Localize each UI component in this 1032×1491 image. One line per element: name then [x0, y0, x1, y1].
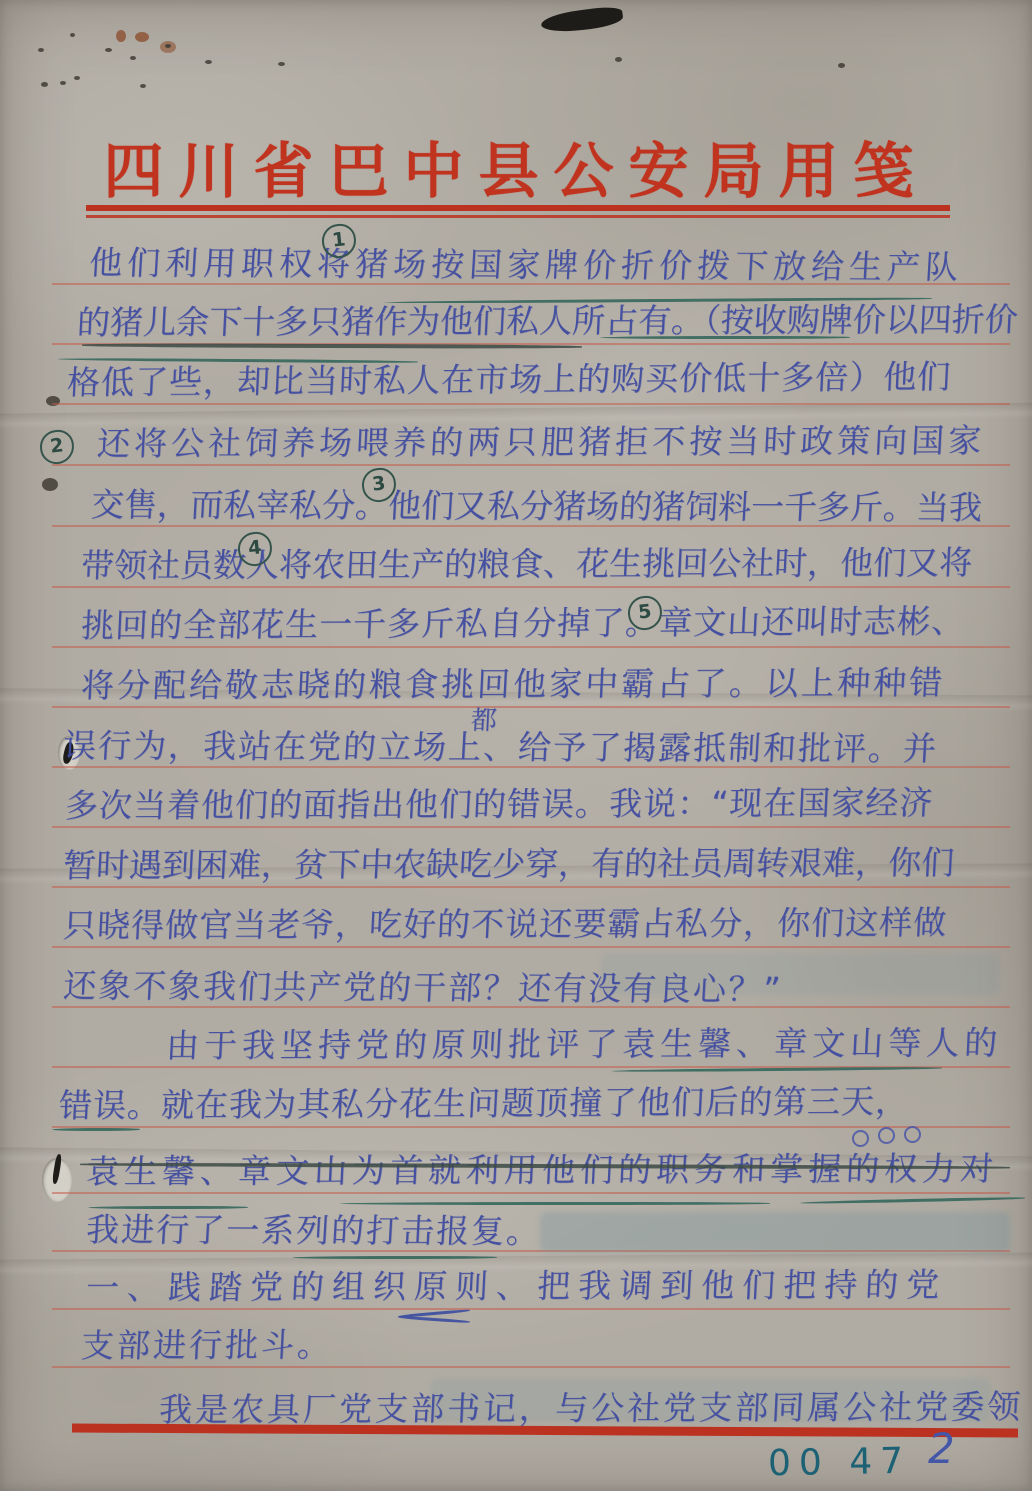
- underline-mark: [340, 1202, 770, 1205]
- underline-mark: [52, 1128, 140, 1131]
- ink-blot: [540, 5, 624, 35]
- staple-hole: [41, 82, 48, 87]
- inserted-character: 都: [470, 700, 498, 737]
- manuscript-line-12: 只晓得做官当老爷，吃好的不说还要霸占私分，你们这样做: [62, 897, 948, 947]
- staple-hole: [140, 84, 146, 88]
- underline-mark: [600, 336, 850, 339]
- manuscript-line-19: 支部进行批斗。: [80, 1319, 334, 1367]
- manuscript-line-10: 多次当着他们的面指出他们的错误。我说：“现在国家经济: [64, 777, 935, 827]
- archive-number: 00 47: [768, 1441, 912, 1484]
- staple-hole: [70, 33, 75, 37]
- manuscript-line-13: 还象不象我们共产党的干部？还有没有良心？”: [62, 960, 784, 1011]
- manuscript-line-18: 一、践踏党的组织原则、把我调到他们把持的党: [85, 1259, 948, 1309]
- ruled-line: [52, 1126, 1010, 1128]
- manuscript-line-8: 将分配给敬志晓的粮食挑回他家中霸占了。以上种种错: [80, 657, 946, 707]
- letterhead-rule-thick: [86, 205, 950, 211]
- manuscript-line-17: 我进行了一系列的打击报复。: [85, 1204, 543, 1253]
- letterhead-rule-thin: [86, 215, 950, 218]
- staple-hole: [278, 62, 285, 66]
- staple-hole: [165, 44, 171, 48]
- staple-hole: [205, 60, 212, 64]
- rust-stain: [116, 30, 126, 42]
- manuscript-line-6: 带领社员数人将农田生产的粮食、花生挑回公社时，他们又将: [80, 537, 973, 587]
- circle-scribble: [852, 1130, 869, 1147]
- underline-mark: [88, 1206, 248, 1209]
- manuscript-line-11: 暂时遇到困难，贫下中农缺吃少穿，有的社员周转艰难，你们: [62, 837, 955, 887]
- staple-hole: [105, 48, 112, 52]
- ink-ghost-smudge: [540, 1212, 1010, 1252]
- staple-hole: [838, 63, 845, 68]
- letterhead-title: 四川省巴中县公安局用笺: [80, 124, 952, 210]
- strikethrough-mark: [398, 1315, 470, 1323]
- manuscript-line-5: 交售，而私宰私分。他们又私分猪场的猪饲料一千多斤。当我: [90, 479, 983, 529]
- circled-number-2: 2: [38, 428, 75, 465]
- staple-hole: [60, 81, 66, 85]
- circle-scribble: [904, 1126, 921, 1143]
- staple-hole: [38, 48, 44, 52]
- page-number: 2: [928, 1424, 955, 1473]
- staple-hole: [74, 76, 80, 80]
- staple-hole: [615, 57, 622, 62]
- staple-hole: [130, 56, 136, 60]
- underline-mark: [292, 1256, 497, 1259]
- rust-stain: [135, 32, 149, 42]
- underline-mark: [800, 1197, 1025, 1205]
- scanned-letter-page: 四川省巴中县公安局用笺 他们利用职权将猪场按国家牌价折价拨下放给生产队 的猪儿余…: [0, 0, 1032, 1491]
- ruled-line: [52, 403, 1010, 405]
- manuscript-line-1: 他们利用职权将猪场按国家牌价折价拨下放给生产队: [88, 237, 964, 289]
- circle-scribble: [878, 1127, 895, 1144]
- paper-tear: [42, 478, 58, 491]
- manuscript-line-7: 挑回的全部花生一千多斤私自分掉了。章文山还叫时志彬、: [80, 595, 966, 647]
- manuscript-line-15: 错误。就在我为其私分花生问题顶撞了他们后的第三天，: [58, 1076, 910, 1127]
- manuscript-line-9: 误行为，我站在党的立场上、给予了揭露抵制和批评。并: [62, 720, 939, 770]
- manuscript-line-4: 还将公社饲养场喂养的两只肥猪拒不按当时政策向国家: [96, 415, 986, 465]
- manuscript-line-20: 我是农具厂党支部书记，与公社党支部同属公社党委领: [158, 1381, 1024, 1431]
- manuscript-line-14: 由于我坚持党的原则批评了袁生馨、章文山等人的: [165, 1017, 1003, 1067]
